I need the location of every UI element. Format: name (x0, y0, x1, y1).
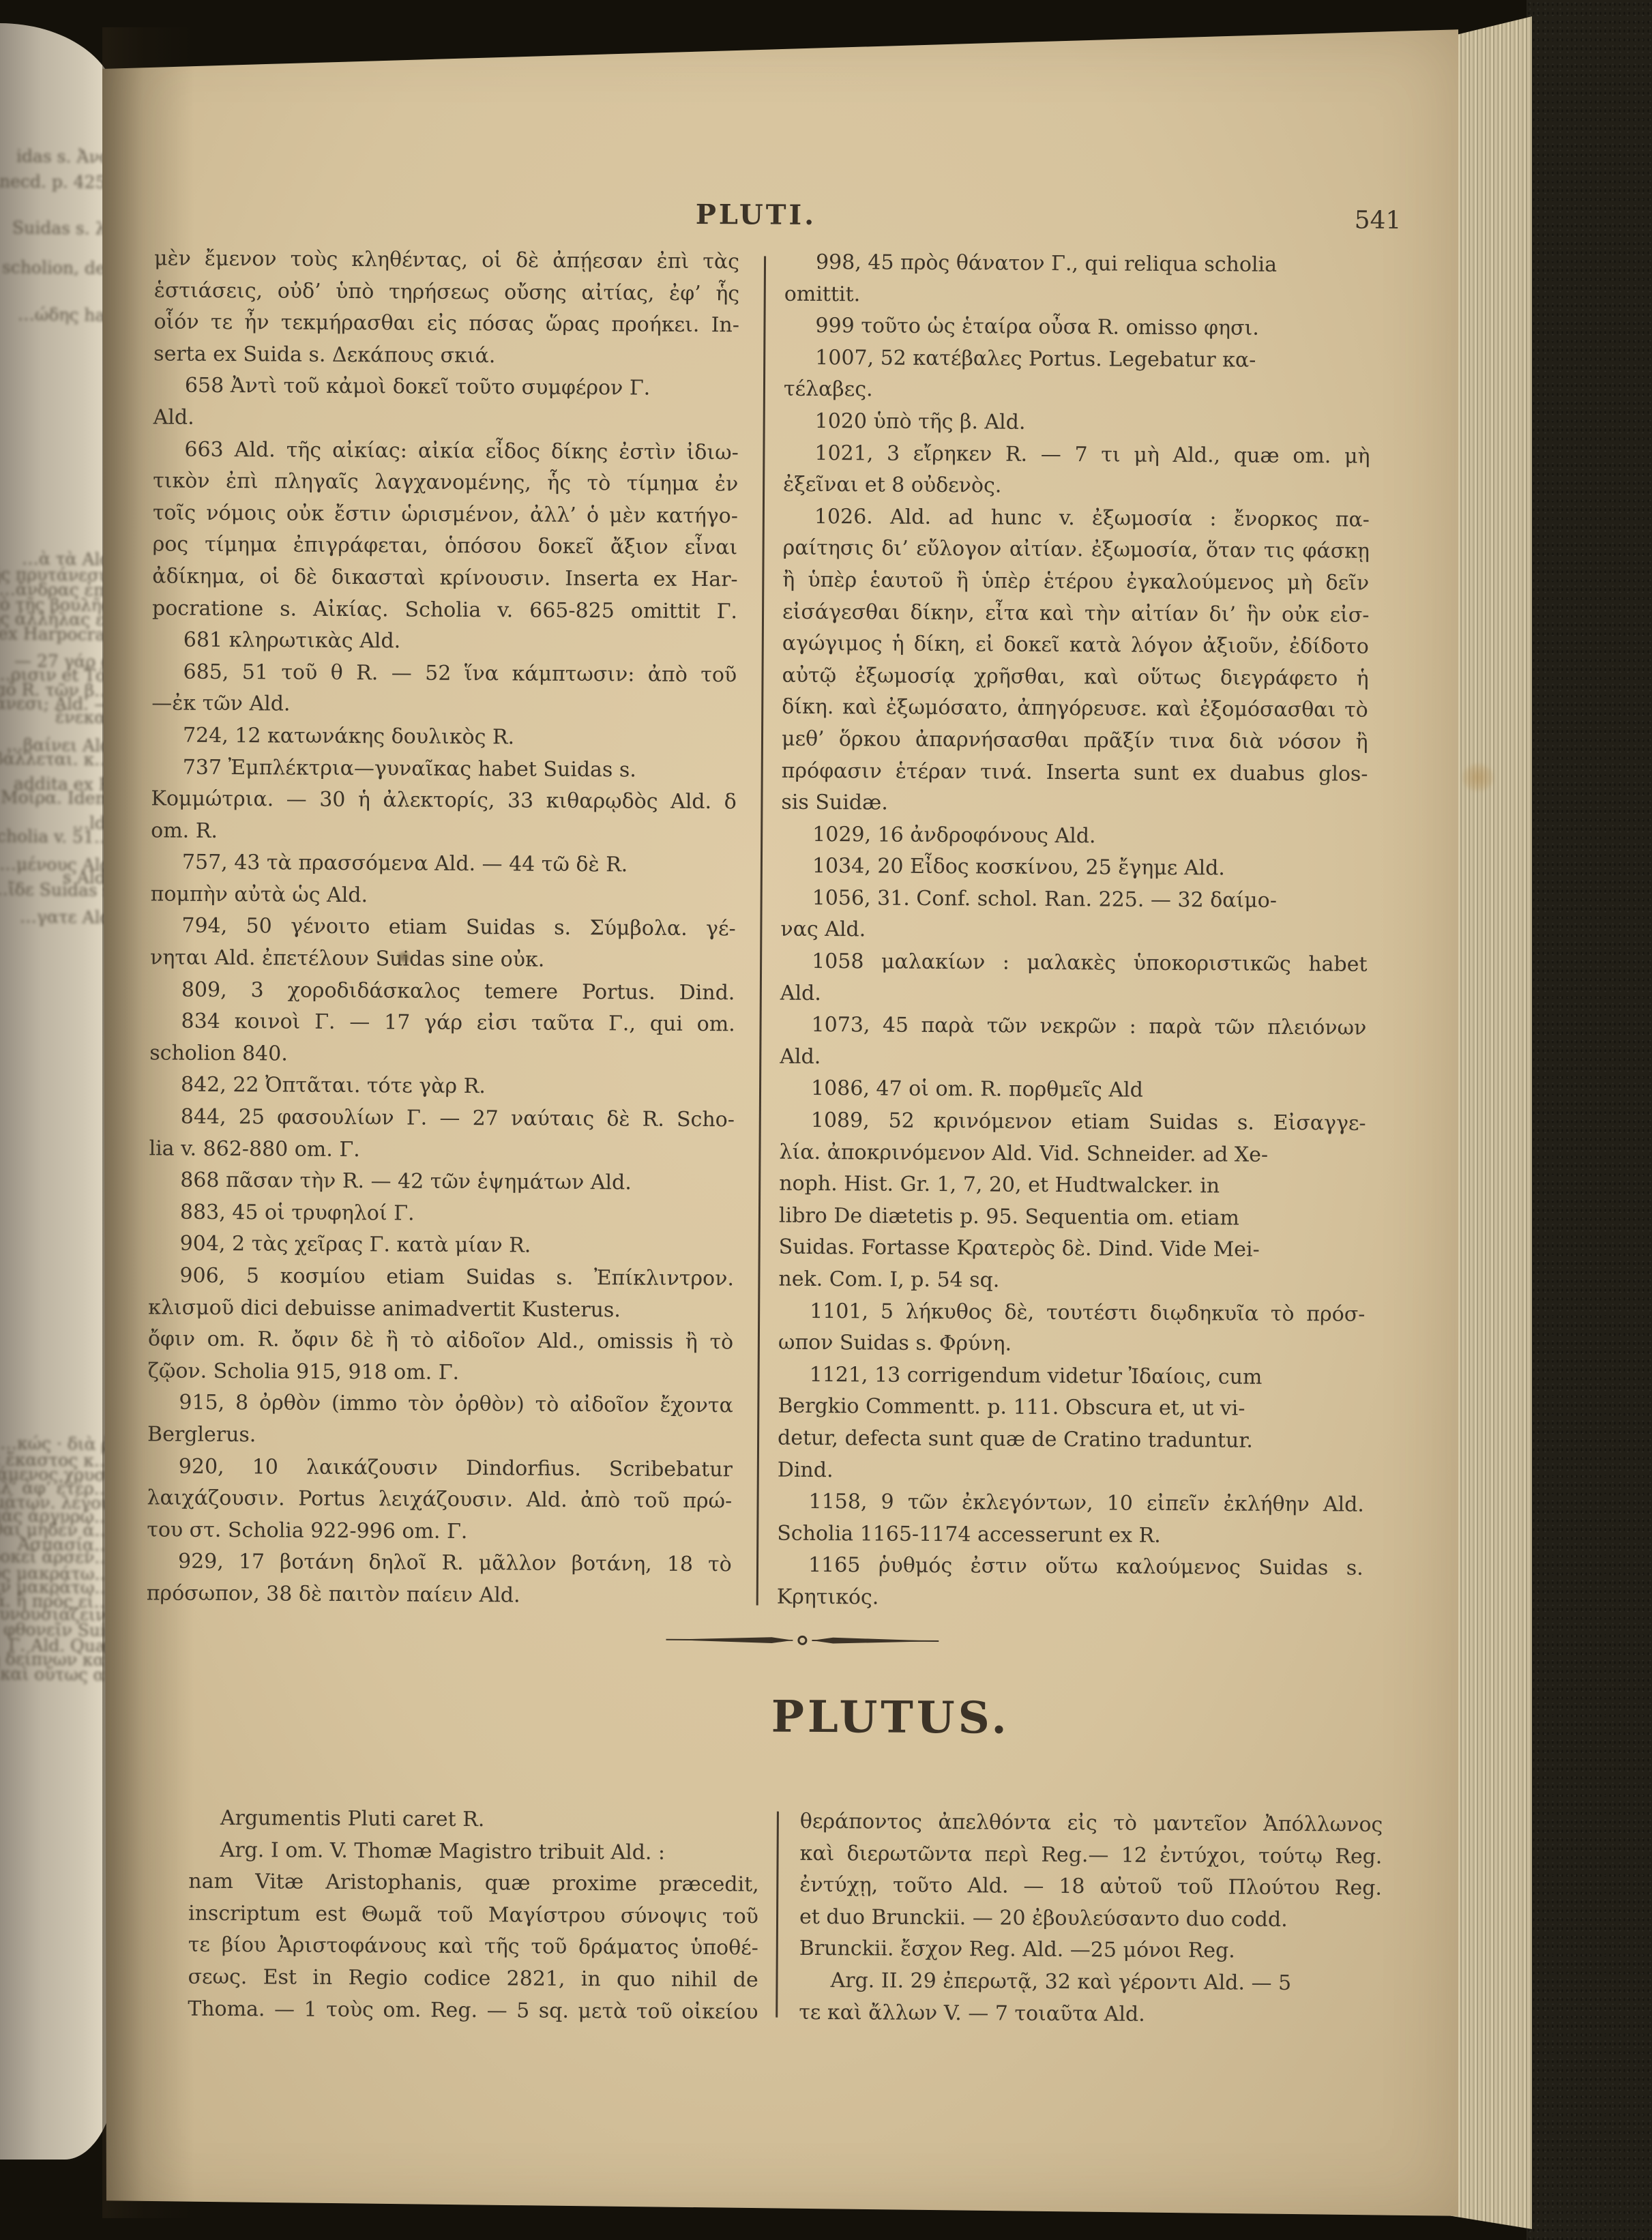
section-heading: PLUTUS. (693, 1691, 1089, 1744)
text-line: libro De diætetis p. 95. Sequentia om. e… (779, 1200, 1366, 1235)
running-head: PLUTI. (640, 198, 872, 231)
text-line: Arg. II. 29 ἐπερωτᾷ, 32 καὶ γέροντι Ald.… (799, 1965, 1381, 2001)
text-fragment: …καὶ οὕτως αἱ (0, 1664, 111, 1685)
text-line: detur, defecta sunt quæ de Cratino tradu… (778, 1423, 1364, 1458)
text-line: 1056, 31. Conf. schol. Ran. 225. — 32 δα… (781, 883, 1368, 918)
text-line: αγώγιμος ἡ δίκη, εἰ δοκεῖ κατὰ λόγον ἀξι… (782, 628, 1369, 664)
text-line: scholion 840. (149, 1037, 735, 1073)
text-line: λία. ἀποκρινόμενον Ald. Vid. Schneider. … (779, 1136, 1366, 1172)
book-page: PLUTI. 541 μὲν ἔμενον τοὺς κληθέντας, οἱ… (102, 27, 1458, 2218)
text-line: Thoma. — 1 τοὺς om. Reg. — 5 sq. μετὰ το… (188, 1993, 758, 2028)
text-line: 663 Ald. τῆς αἰκίας: αἰκία εἶδος δίκης ἐ… (153, 434, 738, 469)
text-fragment: …ἴδε Suidas s (0, 879, 111, 900)
facing-page-edge: idas s. ἈναAnecd. p. 425,Suidas s. λ.sch… (0, 23, 117, 2160)
column-divider-rule (756, 256, 766, 1606)
text-line: Ald. (780, 977, 1367, 1013)
text-line: nam Vitæ Aristophanis, quæ proxime præce… (188, 1866, 758, 1901)
text-line: 1121, 13 corrigendum videtur Ἰδαίοις, cu… (778, 1359, 1364, 1394)
text-line: 906, 5 κοσμίου etiam Suidas s. Ἐπίκλιντρ… (148, 1260, 733, 1295)
text-line: του στ. Scholia 922-996 om. Γ. (147, 1514, 732, 1550)
text-line: Dind. (778, 1454, 1364, 1490)
text-line: 998, 45 πρὸς θάνατον Γ., qui reliqua sch… (784, 247, 1371, 282)
text-fragment: scholion, de- (2, 257, 112, 278)
plutus-column-left: Argumentis Pluti caret R.Arg. I om. V. T… (188, 1803, 759, 2029)
text-fragment: Suidas s. λ. (12, 218, 111, 239)
text-line: 1158, 9 τῶν ἐκλεγόντων, 10 εἰπεῖν ἐκλήθη… (777, 1486, 1363, 1522)
scholia-column-right: 998, 45 πρὸς θάνατον Γ., qui reliqua sch… (777, 247, 1372, 1617)
text-line: nek. Com. I, p. 54 sq. (778, 1264, 1365, 1299)
text-fragment: idas s. Ἀνα (16, 146, 111, 166)
text-line: 724, 12 κατωνάκης δουλικὸς R. (151, 720, 737, 755)
text-line: serta ex Suida s. Δεκάπους σκιά. (153, 338, 739, 374)
facing-page-text-fragments: idas s. ἈναAnecd. p. 425,Suidas s. λ.sch… (0, 23, 117, 2160)
text-line: θεράποντος ἀπελθόντα εἰς τὸ μαντεῖον Ἀπό… (800, 1806, 1383, 1842)
text-line: Argumentis Pluti caret R. (189, 1803, 759, 1838)
text-line: 844, 25 φασουλίων Γ. — 27 ναύταις δὲ R. … (149, 1101, 735, 1136)
text-line: 809, 3 χοροδιδάσκαλος temere Portus. Din… (150, 974, 735, 1010)
text-line: νηται Ald. ἐπετέλουν Suidas sine οὐκ. (150, 942, 735, 977)
text-line: 1165 ῥυθμός ἐστιν οὕτω καλούμενος Suidas… (777, 1550, 1363, 1585)
text-fragment: …ώδης ha- (18, 304, 111, 325)
text-line: 794, 50 γένοιτο etiam Suidas s. Σύμβολα.… (150, 911, 735, 946)
text-line: καὶ διερωτῶντα περὶ Reg.— 12 ἐντύχοι, το… (799, 1838, 1382, 1873)
text-line: Suidas. Fortasse Κρατερὸς δὲ. Dind. Vide… (779, 1232, 1366, 1267)
text-line: 681 κληρωτικὰς Ald. (152, 624, 737, 660)
text-line: Κρητικός. (777, 1582, 1363, 1617)
text-line: πρόσωπον, 38 δὲ παιτὸν παίειν Ald. (147, 1578, 732, 1613)
text-line: ραίτησις δι’ εὔλογον αἰτίαν. ἐξωμοσία, ὅ… (782, 533, 1369, 568)
text-line: λαιχάζουσιν. Portus λειχάζουσιν. Ald. ἀπ… (147, 1483, 732, 1518)
text-line: Ald. (780, 1042, 1366, 1077)
text-fragment: ἕνεκα. (55, 707, 111, 728)
text-line: 1021, 3 εἴρηκεν R. — 7 τι μὴ Ald., quæ o… (783, 437, 1370, 473)
text-line: inscriptum est Θωμᾶ τοῦ Μαγίστρου σύνοψι… (188, 1898, 758, 1932)
text-line: μὲν ἔμενον τοὺς κληθέντας, οἱ δὲ ἀπῄεσαν… (154, 243, 739, 278)
text-line: 1086, 47 οἱ om. R. πορθμεῖς Ald (780, 1073, 1366, 1108)
text-line: τικὸν ἐπὶ πληγαῖς λαγχανομένης, ἧς τὸ τί… (153, 466, 738, 501)
text-line: 842, 22 Ὀπτᾶται. τότε γὰρ R. (149, 1070, 735, 1105)
text-line: noph. Hist. Gr. 1, 7, 20, et Hudtwalcker… (779, 1168, 1366, 1204)
plutus-column-right: θεράποντος ἀπελθόντα εἰς τὸ μαντεῖον Ἀπό… (799, 1806, 1383, 2032)
text-line: ἑστιάσεις, οὐδ’ ὑπὸ τηρήσεως οὔσης αἰτία… (154, 275, 739, 310)
text-line: ἐξεῖναι et 8 οὐδενὸς. (783, 469, 1370, 505)
text-line: 1026. Ald. ad hunc v. ἐξωμοσία : ἔνορκος… (783, 501, 1370, 536)
text-line: δίκη. καὶ ἐξωμόσατο, ἀπηγόρευσε. καὶ ἐξο… (782, 692, 1368, 727)
page-stack-edge (1450, 16, 1532, 2229)
text-line: ρος τίμημα ἐπιγράφεται, ὁπόσου δοκεῖ ἄξι… (152, 529, 737, 565)
paper-stain (398, 952, 409, 962)
text-line: 915, 8 ὀρθὸν (immo τὸν ὀρθὸν) τὸ αἰδοῖον… (147, 1387, 733, 1423)
text-line: 929, 17 βοτάνη δηλοῖ R. μᾶλλον βοτάνη, 1… (147, 1546, 732, 1582)
text-line: μεθ’ ὅρκου ἀπαρνήσασθαι πρᾶξίν τινα διὰ … (782, 724, 1368, 759)
text-line: σεως. Est in Regio codice 2821, in quo n… (188, 1962, 758, 1996)
text-fragment: ex Harpocra- (0, 623, 111, 645)
text-line: —ἐκ τῶν Ald. (151, 688, 737, 724)
text-line: 904, 2 τὰς χεῖρας Γ. κατὰ μίαν R. (149, 1228, 734, 1264)
text-line: om. R. (151, 815, 736, 851)
text-line: 1029, 16 ἀνδροφόνους Ald. (781, 819, 1368, 854)
text-fragment: Anecd. p. 425, (0, 171, 111, 192)
text-line: Berglerus. (147, 1419, 733, 1454)
text-line: 1007, 52 κατέβαλες Portus. Legebatur κα- (784, 342, 1370, 377)
text-line: 1089, 52 κρινόμενον etiam Suidas s. Εἰσα… (780, 1105, 1366, 1140)
text-line: Arg. I om. V. Thomæ Magistro tribuit Ald… (188, 1834, 758, 1869)
text-line: οἷόν τε ἦν τεκμήρασθαι εἰς πόσας ὥρας πρ… (153, 307, 739, 342)
text-line: τέλαβες. (784, 374, 1370, 409)
text-line: ἐντύχῃ, τοῦτο Ald. — 18 αὐτοῦ τοῦ Πλούτο… (799, 1870, 1382, 1905)
text-line: omittit. (784, 278, 1371, 314)
page-number: 541 (1299, 206, 1401, 235)
text-line: αὐτῷ ἐξωμοσίᾳ χρῆσθαι, καὶ οὕτως διεγράφ… (782, 660, 1368, 695)
text-line: lia v. 862-880 om. Γ. (149, 1133, 734, 1168)
text-line: 920, 10 λαικάζουσιν Dindorfius. Scribeba… (147, 1451, 733, 1486)
text-line: 999 τοῦτο ὡς ἑταίρα οὖσα R. omisso φησι. (784, 310, 1370, 346)
text-line: ἀδίκημα, οἱ δὲ δικασταὶ κρίνουσιν. Inser… (152, 561, 737, 596)
text-line: 1034, 20 Εἶδος κοσκίνου, 25 ἔγημε Ald. (781, 851, 1368, 886)
text-line: 834 κοινοὶ Γ. — 17 γάρ εἰσι ταῦτα Γ., qu… (149, 1006, 735, 1042)
text-line: νας Ald. (780, 914, 1367, 949)
text-line: pocratione s. Αἰκίας. Scholia v. 665-825… (152, 593, 737, 628)
section-divider-ornament (666, 1634, 939, 1647)
text-fragment: …γατε Ald (20, 907, 111, 927)
text-line: πρόφασιν ἑτέραν τινά. Inserta sunt ex du… (782, 755, 1368, 791)
text-line: Ald. (153, 402, 739, 437)
paper-stain (1462, 764, 1494, 791)
text-line: ἢ ὑπὲρ ἑαυτοῦ ἢ ὑπὲρ ἑτέρου ἐγκαλούμενος… (782, 565, 1369, 600)
text-line: ωπον Suidas s. Φρύνη. (778, 1327, 1365, 1363)
text-line: τοῖς νόμοις οὐκ ἔστιν ὡρισμένον, ἀλλ’ ὁ … (153, 497, 738, 533)
text-line: κλισμοῦ dici debuisse animadvertit Kuste… (148, 1292, 733, 1327)
text-line: 658 Ἀντὶ τοῦ κἀμοὶ δοκεῖ τοῦτο συμφέρον … (153, 370, 739, 406)
text-line: Κομμώτρια. — 30 ἡ ἀλεκτορίς, 33 κιθαρῳδὸ… (151, 783, 736, 819)
page-content: PLUTI. 541 μὲν ἔμενον τοὺς κληθέντας, οἱ… (90, 26, 1458, 2224)
text-line: 883, 45 οἱ τρυφηλοί Γ. (149, 1196, 734, 1232)
text-line: Brunckii. ἔσχον Reg. Ald. —25 μόνοι Reg. (799, 1933, 1382, 1969)
text-line: ὄφιν om. R. ὄφιν δὲ ἢ τὸ αἰδοῖον Ald., o… (148, 1324, 733, 1359)
text-line: et duo Brunckii. — 20 ἐβουλεύσαντο duo c… (799, 1902, 1382, 1937)
text-line: 1073, 45 παρὰ τῶν νεκρῶν : παρὰ τῶν πλει… (780, 1010, 1366, 1045)
text-line: 1101, 5 λήκυθος δὲ, τουτέστι διῳδηκυῖα τ… (778, 1295, 1365, 1331)
text-line: πομπὴν αὐτὰ ὡς Ald. (151, 879, 736, 914)
book-scan: idas s. ἈναAnecd. p. 425,Suidas s. λ.sch… (0, 0, 1652, 2240)
text-line: 757, 43 τὰ πρασσόμενα Ald. — 44 τῶ δὲ R. (151, 847, 736, 883)
text-line: τε καὶ ἄλλων V. — 7 τοιαῦτα Ald. (799, 1996, 1381, 2032)
text-line: 685, 51 τοῦ θ R. — 52 ἵνα κάμπτωσιν: ἀπὸ… (151, 656, 737, 692)
text-line: 1058 μαλακίων : μαλακὲς ὑποκοριστικῶς ha… (780, 946, 1367, 982)
text-line: Bergkio Commentt. p. 111. Obscura et, ut… (778, 1391, 1364, 1426)
scholia-column-left: μὲν ἔμενον τοὺς κληθέντας, οἱ δὲ ἀπῄεσαν… (147, 243, 740, 1612)
plutus-column-divider-rule (776, 1812, 779, 2018)
text-line: sis Suidæ. (781, 787, 1368, 823)
text-line: 868 πᾶσαν τὴν R. — 42 τῶν ἑψημάτων Ald. (149, 1165, 734, 1200)
text-line: 737 Ἐμπλέκτρια—γυναῖκας habet Suidas s. (151, 752, 737, 787)
text-line: ζῷον. Scholia 915, 918 om. Γ. (148, 1355, 733, 1391)
text-fragment: …μβάλλεται. κ… (0, 748, 111, 769)
book-cover-cloth (1526, 0, 1652, 2240)
text-line: Scholia 1165-1174 accesserunt ex R. (777, 1518, 1363, 1553)
text-fragment: Μοῖρα. Idem (1, 787, 112, 808)
text-fragment: cholia v. 51… (0, 826, 111, 847)
text-line: τε βίου Ἀριστοφάνους καὶ τῆς τοῦ δράματο… (188, 1930, 758, 1964)
text-line: εἰσάγεσθαι δίκην, εἶτα καὶ τὴν αἰτίαν δι… (782, 596, 1369, 632)
text-line: 1020 ὑπὸ τῆς β. Ald. (784, 406, 1370, 441)
